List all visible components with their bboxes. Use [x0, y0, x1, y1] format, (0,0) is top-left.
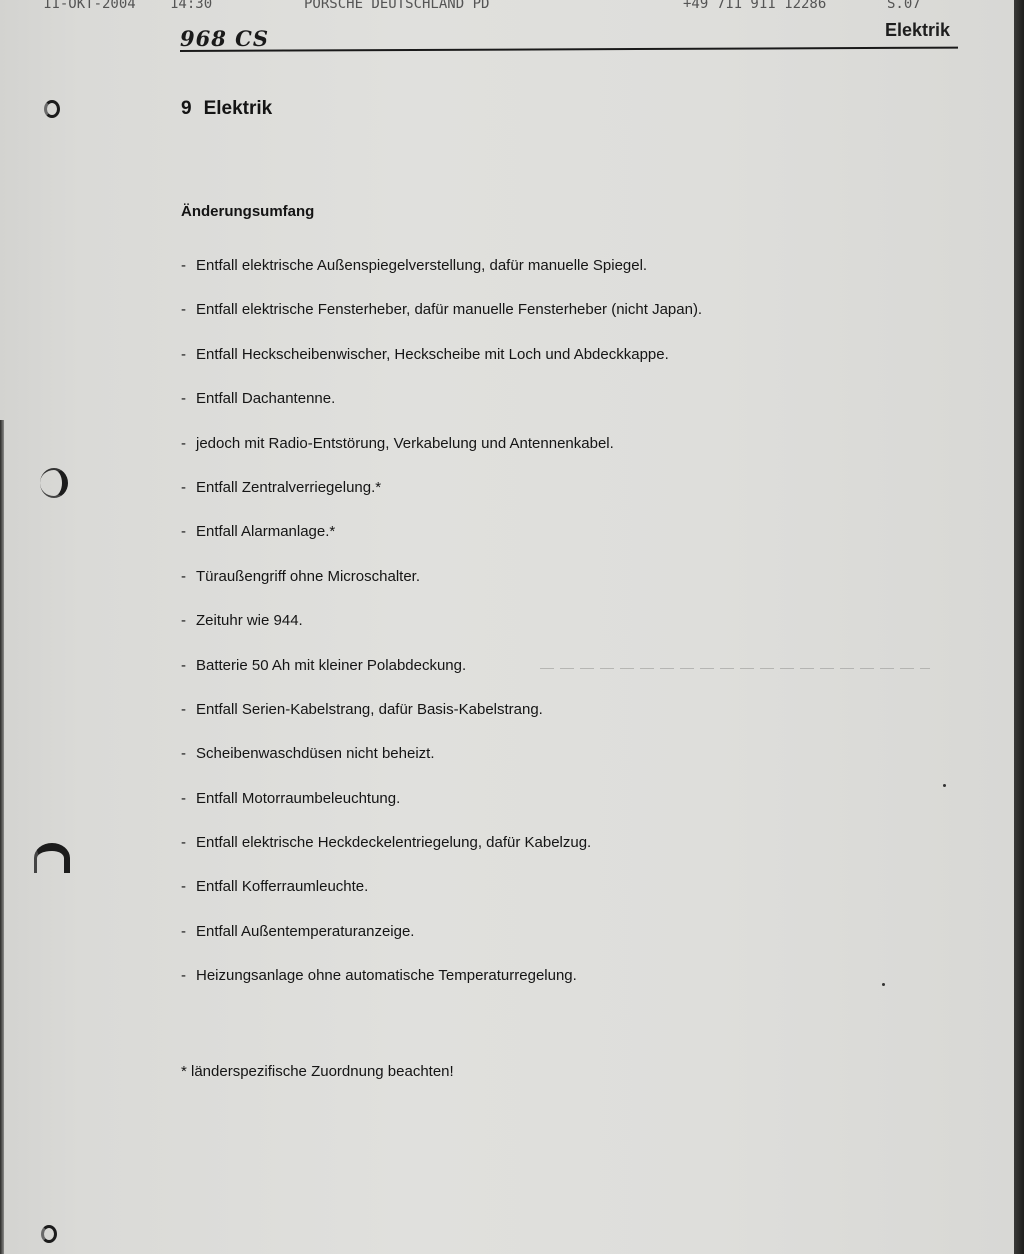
bullet-dash: -: [181, 478, 196, 498]
list-item-text: Entfall elektrische Heckdeckelentriegelu…: [196, 834, 591, 851]
section-title-text: Elektrik: [204, 98, 273, 119]
punch-hole-icon: [34, 843, 70, 873]
list-item-text: jedoch mit Radio-Entstörung, Verkabelung…: [196, 435, 614, 452]
list-item: -Entfall Serien-Kabelstrang, dafür Basis…: [181, 700, 702, 744]
bullet-dash: -: [181, 256, 196, 276]
list-item-text: Entfall Serien-Kabelstrang, dafür Basis-…: [196, 701, 543, 718]
list-item: -Entfall Außentemperaturanzeige.: [181, 922, 702, 966]
list-item-text: Entfall elektrische Fensterheber, dafür …: [196, 301, 702, 318]
list-item: -Zeituhr wie 944.: [181, 611, 702, 655]
footnote: * länderspezifische Zuordnung beachten!: [181, 1063, 454, 1080]
list-item: -Entfall Motorraumbeleuchtung.: [181, 789, 702, 833]
list-item: -Entfall Heckscheibenwischer, Heckscheib…: [181, 345, 702, 389]
list-item-text: Batterie 50 Ah mit kleiner Polabdeckung.: [196, 657, 466, 674]
punch-hole-icon: [41, 1225, 57, 1243]
list-item: -Entfall Alarmanlage.*: [181, 522, 702, 566]
list-item-text: Entfall Außentemperaturanzeige.: [196, 923, 414, 940]
section-number: 9: [181, 98, 192, 119]
list-item: -Scheibenwaschdüsen nicht beheizt.: [181, 744, 702, 788]
list-item: -Entfall Zentralverriegelung.*: [181, 478, 702, 522]
bullet-dash: -: [181, 522, 196, 542]
fax-transmission-header: 11-OKT-2004 14:30 PORSCHE DEUTSCHLAND PD…: [0, 0, 1016, 14]
bullet-dash: -: [181, 700, 196, 720]
list-item: -jedoch mit Radio-Entstörung, Verkabelun…: [181, 434, 702, 478]
page-edge-shadow: [0, 420, 4, 1254]
list-item-text: Entfall elektrische Außenspiegelverstell…: [196, 257, 647, 274]
punch-hole-icon: [40, 468, 68, 498]
bullet-dash: -: [181, 966, 196, 986]
list-item: -Entfall elektrische Außenspiegelverstel…: [181, 256, 702, 300]
bullet-dash: -: [181, 833, 196, 853]
bullet-dash: -: [181, 656, 196, 676]
bullet-dash: -: [181, 744, 196, 764]
fax-date: 11-OKT-2004: [43, 0, 136, 12]
list-item-text: Zeituhr wie 944.: [196, 612, 303, 629]
fax-page-number: S.07: [887, 0, 921, 12]
bullet-dash: -: [181, 611, 196, 631]
list-item-text: Entfall Zentralverriegelung.*: [196, 479, 381, 496]
document-page: 11-OKT-2004 14:30 PORSCHE DEUTSCHLAND PD…: [0, 0, 1016, 1254]
list-item-text: Entfall Heckscheibenwischer, Heckscheibe…: [196, 346, 669, 363]
list-item-text: Türaußengriff ohne Microschalter.: [196, 568, 420, 585]
header-section-label: Elektrik: [885, 20, 950, 41]
bullet-dash: -: [181, 300, 196, 320]
bullet-dash: -: [181, 434, 196, 454]
punch-hole-icon: [44, 100, 60, 118]
list-item: -Türaußengriff ohne Microschalter.: [181, 567, 702, 611]
bullet-dash: -: [181, 922, 196, 942]
list-item: -Heizungsanlage ohne automatische Temper…: [181, 966, 702, 1010]
list-item: -Entfall Kofferraumleuchte.: [181, 877, 702, 921]
change-list: -Entfall elektrische Außenspiegelverstel…: [181, 256, 702, 1011]
list-item-text: Entfall Dachantenne.: [196, 390, 335, 407]
list-item: -Entfall Dachantenne.: [181, 389, 702, 433]
list-item-text: Heizungsanlage ohne automatische Tempera…: [196, 967, 577, 984]
list-item: -Batterie 50 Ah mit kleiner Polabdeckung…: [181, 656, 702, 700]
bullet-dash: -: [181, 389, 196, 409]
bullet-dash: -: [181, 345, 196, 365]
list-item-text: Entfall Motorraumbeleuchtung.: [196, 790, 400, 807]
fax-sender: PORSCHE DEUTSCHLAND PD: [304, 0, 489, 12]
fax-time: 14:30: [170, 0, 212, 12]
bullet-dash: -: [181, 567, 196, 587]
list-item-text: Entfall Alarmanlage.*: [196, 523, 335, 540]
page-edge-shadow: [1014, 0, 1024, 1254]
model-logo: 968 CS: [180, 26, 269, 51]
list-item: -Entfall elektrische Fensterheber, dafür…: [181, 300, 702, 344]
list-item: -Entfall elektrische Heckdeckelentriegel…: [181, 833, 702, 877]
bullet-dash: -: [181, 877, 196, 897]
speck: [882, 983, 885, 986]
fax-phone: +49 711 911 12286: [683, 0, 826, 12]
list-item-text: Scheibenwaschdüsen nicht beheizt.: [196, 745, 435, 762]
list-item-text: Entfall Kofferraumleuchte.: [196, 878, 368, 895]
section-title: 9Elektrik: [181, 98, 272, 120]
header-divider: [180, 47, 958, 52]
fold-crease: [540, 668, 930, 669]
bullet-dash: -: [181, 789, 196, 809]
subheading: Änderungsumfang: [181, 203, 314, 220]
speck: [943, 784, 946, 787]
